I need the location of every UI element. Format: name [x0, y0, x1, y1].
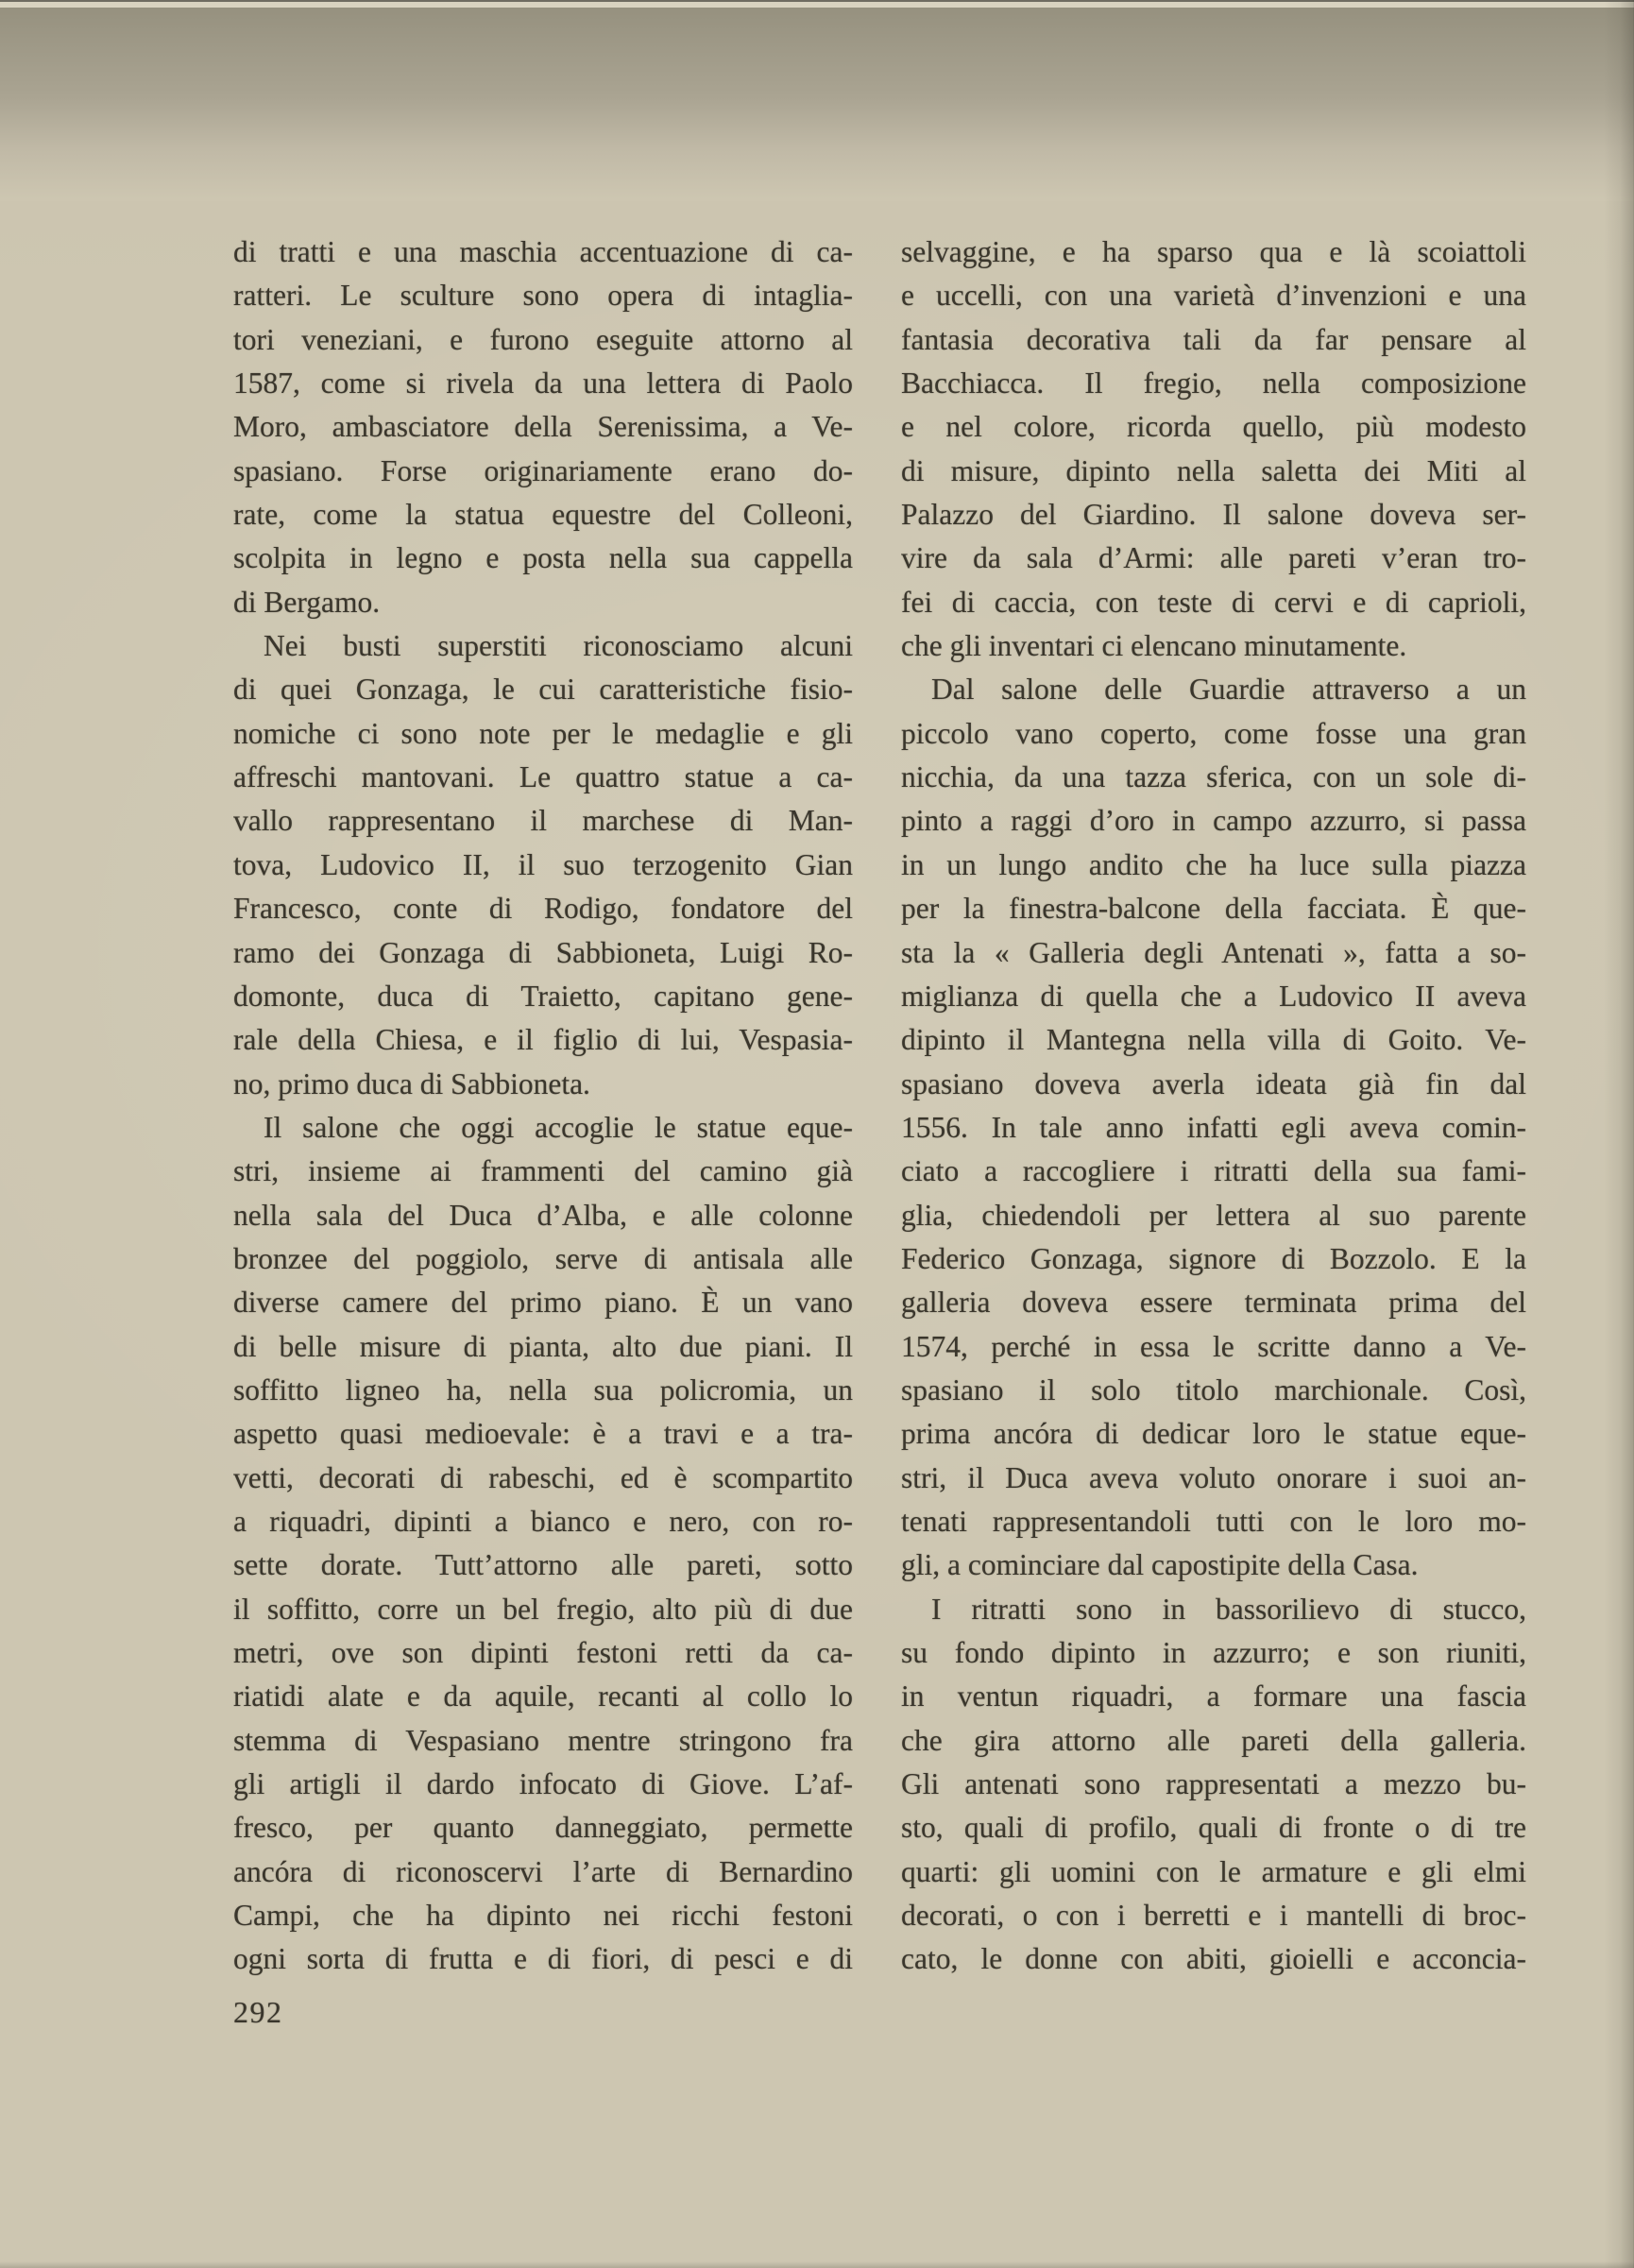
text-line: Il salone che oggi accoglie le statue eq… — [233, 1106, 853, 1150]
text-line: sto, quali di profilo, quali di fronte o… — [901, 1806, 1526, 1850]
text-line: spasiano. Forse originariamente erano do… — [233, 450, 853, 493]
text-line: rale della Chiesa, e il figlio di lui, V… — [233, 1018, 853, 1062]
text-line: I ritratti sono in bassorilievo di stucc… — [901, 1588, 1526, 1631]
text-line: Moro, ambasciatore della Serenissima, a … — [233, 405, 853, 449]
text-line: rate, come la statua equestre del Colleo… — [233, 493, 853, 537]
text-line: in ventun riquadri, a formare una fascia — [901, 1675, 1526, 1718]
text-line: ciato a raccogliere i ritratti della sua… — [901, 1150, 1526, 1193]
text-line: gli artigli il dardo infocato di Giove. … — [233, 1763, 853, 1806]
text-line: affreschi mantovani. Le quattro statue a… — [233, 756, 853, 799]
text-line: il soffitto, corre un bel fregio, alto p… — [233, 1588, 853, 1631]
text-line: di tratti e una maschia accentuazione di… — [233, 230, 853, 274]
text-line: scolpita in legno e posta nella sua capp… — [233, 537, 853, 580]
text-line: di misure, dipinto nella saletta dei Mit… — [901, 450, 1526, 493]
text-line: ratteri. Le sculture sono opera di intag… — [233, 274, 853, 317]
text-line: sta la « Galleria degli Antenati », fatt… — [901, 931, 1526, 975]
text-line: nella sala del Duca d’Alba, e alle colon… — [233, 1194, 853, 1237]
text-line: 1556. In tale anno infatti egli aveva co… — [901, 1106, 1526, 1150]
text-line: dipinto il Mantegna nella villa di Goito… — [901, 1018, 1526, 1062]
text-line: piccolo vano coperto, come fosse una gra… — [901, 712, 1526, 756]
text-line: domonte, duca di Traietto, capitano gene… — [233, 975, 853, 1018]
text-line: in un lungo andito che ha luce sulla pia… — [901, 844, 1526, 887]
text-line: Bacchiacca. Il fregio, nella composizion… — [901, 362, 1526, 405]
text-line: selvaggine, e ha sparso qua e là scoiatt… — [901, 230, 1526, 274]
page-bottom-edge-shadow — [0, 2261, 1634, 2268]
text-line: nicchia, da una tazza sferica, con un so… — [901, 756, 1526, 799]
text-line: decorati, o con i berretti e i mantelli … — [901, 1894, 1526, 1937]
text-line: vire da sala d’Armi: alle pareti v’eran … — [901, 537, 1526, 580]
text-line: Palazzo del Giardino. Il salone doveva s… — [901, 493, 1526, 537]
text-line: Gli antenati sono rappresentati a mezzo … — [901, 1763, 1526, 1806]
text-line: fei di caccia, con teste di cervi e di c… — [901, 581, 1526, 624]
text-line: Federico Gonzaga, signore di Bozzolo. E … — [901, 1237, 1526, 1281]
text-line: stri, il Duca aveva voluto onorare i suo… — [901, 1457, 1526, 1500]
text-line: Francesco, conte di Rodigo, fondatore de… — [233, 887, 853, 930]
text-line: soffitto ligneo ha, nella sua policromia… — [233, 1369, 853, 1412]
text-line: riatidi alate e da aquile, recanti al co… — [233, 1675, 853, 1718]
text-line: diverse camere del primo piano. È un van… — [233, 1281, 853, 1324]
text-line: nomiche ci sono note per le medaglie e g… — [233, 712, 853, 756]
text-line: che gira attorno alle pareti della galle… — [901, 1719, 1526, 1763]
text-line: cato, le donne con abiti, gioielli e acc… — [901, 1937, 1526, 1981]
text-line: di quei Gonzaga, le cui caratteristiche … — [233, 668, 853, 711]
text-line: per la finestra-balcone della facciata. … — [901, 887, 1526, 930]
page-number: 292 — [233, 1995, 283, 2030]
scan-top-shadow-band — [0, 8, 1634, 201]
text-line: gli, a cominciare dal capostipite della … — [901, 1543, 1526, 1587]
text-line: stemma di Vespasiano mentre stringono fr… — [233, 1719, 853, 1763]
text-line: 1574, perché in essa le scritte danno a … — [901, 1325, 1526, 1369]
text-line: stri, insieme ai frammenti del camino gi… — [233, 1150, 853, 1193]
text-line: sette dorate. Tutt’attorno alle pareti, … — [233, 1543, 853, 1587]
text-line: aspetto quasi medioevale: è a travi e a … — [233, 1412, 853, 1456]
text-line: tori veneziani, e furono eseguite attorn… — [233, 318, 853, 362]
text-line: no, primo duca di Sabbioneta. — [233, 1063, 853, 1106]
text-line: di belle misure di pianta, alto due pian… — [233, 1325, 853, 1369]
text-line: a riquadri, dipinti a bianco e nero, con… — [233, 1500, 853, 1543]
text-line: bronzee del poggiolo, serve di antisala … — [233, 1237, 853, 1281]
text-line: Campi, che ha dipinto nei ricchi festoni — [233, 1894, 853, 1937]
text-line: ancóra di riconoscervi l’arte di Bernard… — [233, 1850, 853, 1894]
text-line: spasiano doveva averla ideata già fin da… — [901, 1063, 1526, 1106]
text-line: fantasia decorativa tali da far pensare … — [901, 318, 1526, 362]
text-line: pinto a raggi d’oro in campo azzurro, si… — [901, 799, 1526, 843]
text-line: fresco, per quanto danneggiato, permette — [233, 1806, 853, 1850]
text-line: vetti, decorati di rabeschi, ed è scompa… — [233, 1457, 853, 1500]
text-line: ramo dei Gonzaga di Sabbioneta, Luigi Ro… — [233, 931, 853, 975]
text-line: che gli inventari ci elencano minutament… — [901, 624, 1526, 668]
text-line: di Bergamo. — [233, 581, 853, 624]
text-line: su fondo dipinto in azzurro; e son riuni… — [901, 1631, 1526, 1675]
text-line: tenati rappresentandoli tutti con le lor… — [901, 1500, 1526, 1543]
text-line: miglianza di quella che a Ludovico II av… — [901, 975, 1526, 1018]
text-line: spasiano il solo titolo marchionale. Cos… — [901, 1369, 1526, 1412]
text-line: ogni sorta di frutta e di fiori, di pesc… — [233, 1937, 853, 1981]
scanned-page: di tratti e una maschia accentuazione di… — [0, 0, 1634, 2268]
text-line: prima ancóra di dedicar loro le statue e… — [901, 1412, 1526, 1456]
text-line: Dal salone delle Guardie attraverso a un — [901, 668, 1526, 711]
right-text-column: selvaggine, e ha sparso qua e là scoiatt… — [901, 230, 1526, 1982]
text-line: tova, Ludovico II, il suo terzogenito Gi… — [233, 844, 853, 887]
page-right-edge-shadow — [1604, 0, 1634, 2268]
left-text-column: di tratti e una maschia accentuazione di… — [233, 230, 853, 1982]
text-line: metri, ove son dipinti festoni retti da … — [233, 1631, 853, 1675]
text-line: e nel colore, ricorda quello, più modest… — [901, 405, 1526, 449]
text-line: glia, chiedendoli per lettera al suo par… — [901, 1194, 1526, 1237]
text-line: galleria doveva essere terminata prima d… — [901, 1281, 1526, 1324]
text-line: vallo rappresentano il marchese di Man- — [233, 799, 853, 843]
text-line: quarti: gli uomini con le armature e gli… — [901, 1850, 1526, 1894]
text-line: e uccelli, con una varietà d’invenzioni … — [901, 274, 1526, 317]
text-line: 1587, come si rivela da una lettera di P… — [233, 362, 853, 405]
text-line: Nei busti superstiti riconosciamo alcuni — [233, 624, 853, 668]
